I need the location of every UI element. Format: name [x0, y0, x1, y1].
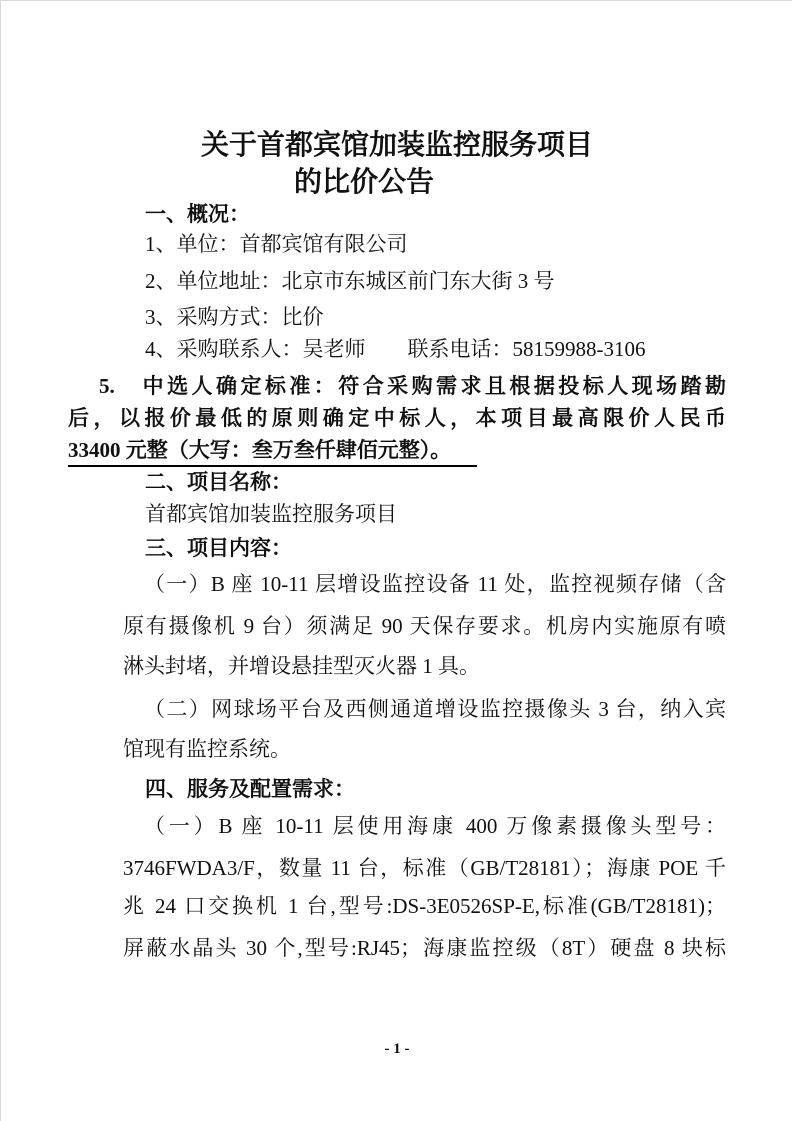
requirements-para1-line-1: （一）B 座 10-11 层使用海康 400 万像素摄像头型号：	[144, 813, 726, 840]
overview-item-contact: 4、采购联系人：吴老师 联系电话：58159988-3106	[145, 336, 646, 363]
overview-item-method: 3、采购方式：比价	[145, 304, 324, 331]
overview-item-address: 2、单位地址：北京市东城区前门东大街 3 号	[145, 268, 555, 295]
content-para1-line-3: 淋头封堵，并增设悬挂型灭火器 1 具。	[123, 653, 480, 680]
page-number: - 1 -	[1, 1041, 792, 1058]
document-title-line-2: 的比价公告	[1, 164, 792, 202]
section-heading-requirements: 四、服务及配置需求：	[145, 776, 355, 803]
criteria-underlined-text: 后，以报价最低的原则确定中标人，本项目最高限价人民币	[68, 406, 726, 432]
requirements-para1-line-3: 兆 24 口交换机 1 台,型号:DS-3E0526SP-E,标准(GB/T28…	[123, 893, 726, 920]
section-heading-project-name: 二、项目名称：	[145, 469, 292, 496]
content-para1-line-1: （一）B 座 10-11 层增设监控设备 11 处，监控视频存储（含	[144, 571, 726, 598]
section-heading-overview: 一、概况：	[145, 201, 250, 228]
criteria-underlined-text: 33400 元整（大写：叁万叁仟肆佰元整）。	[68, 438, 477, 467]
project-name-body: 首都宾馆加装监控服务项目	[145, 501, 397, 528]
criteria-label: 5. 中选人确定标准：	[99, 374, 338, 398]
document-title-line-1: 关于首都宾馆加装监控服务项目	[1, 127, 792, 165]
criteria-underlined-text: 符合采购需求且根据投标人现场踏勘	[338, 374, 726, 400]
document-page: 关于首都宾馆加装监控服务项目 的比价公告 一、概况： 1、单位：首都宾馆有限公司…	[0, 0, 792, 1121]
criteria-line-1: 5. 中选人确定标准：符合采购需求且根据投标人现场踏勘	[99, 373, 726, 400]
requirements-para1-line-2: 3746FWDA3/F，数量 11 台，标准（GB/T28181）；海康 POE…	[123, 855, 726, 882]
section-heading-project-content: 三、项目内容：	[145, 535, 292, 562]
content-para2-line-2: 馆现有监控系统。	[123, 736, 291, 763]
criteria-line-3: 33400 元整（大写：叁万叁仟肆佰元整）。	[68, 437, 477, 464]
requirements-para1-line-4: 屏蔽水晶头 30 个,型号:RJ45；海康监控级（8T）硬盘 8 块标	[123, 935, 726, 962]
overview-item-unit: 1、单位：首都宾馆有限公司	[145, 231, 408, 258]
content-para2-line-1: （二）网球场平台及西侧通道增设监控摄像头 3 台，纳入宾	[144, 696, 726, 723]
content-para1-line-2: 原有摄像机 9 台）须满足 90 天保存要求。机房内实施原有喷	[123, 613, 726, 640]
criteria-line-2: 后，以报价最低的原则确定中标人，本项目最高限价人民币	[68, 405, 726, 432]
